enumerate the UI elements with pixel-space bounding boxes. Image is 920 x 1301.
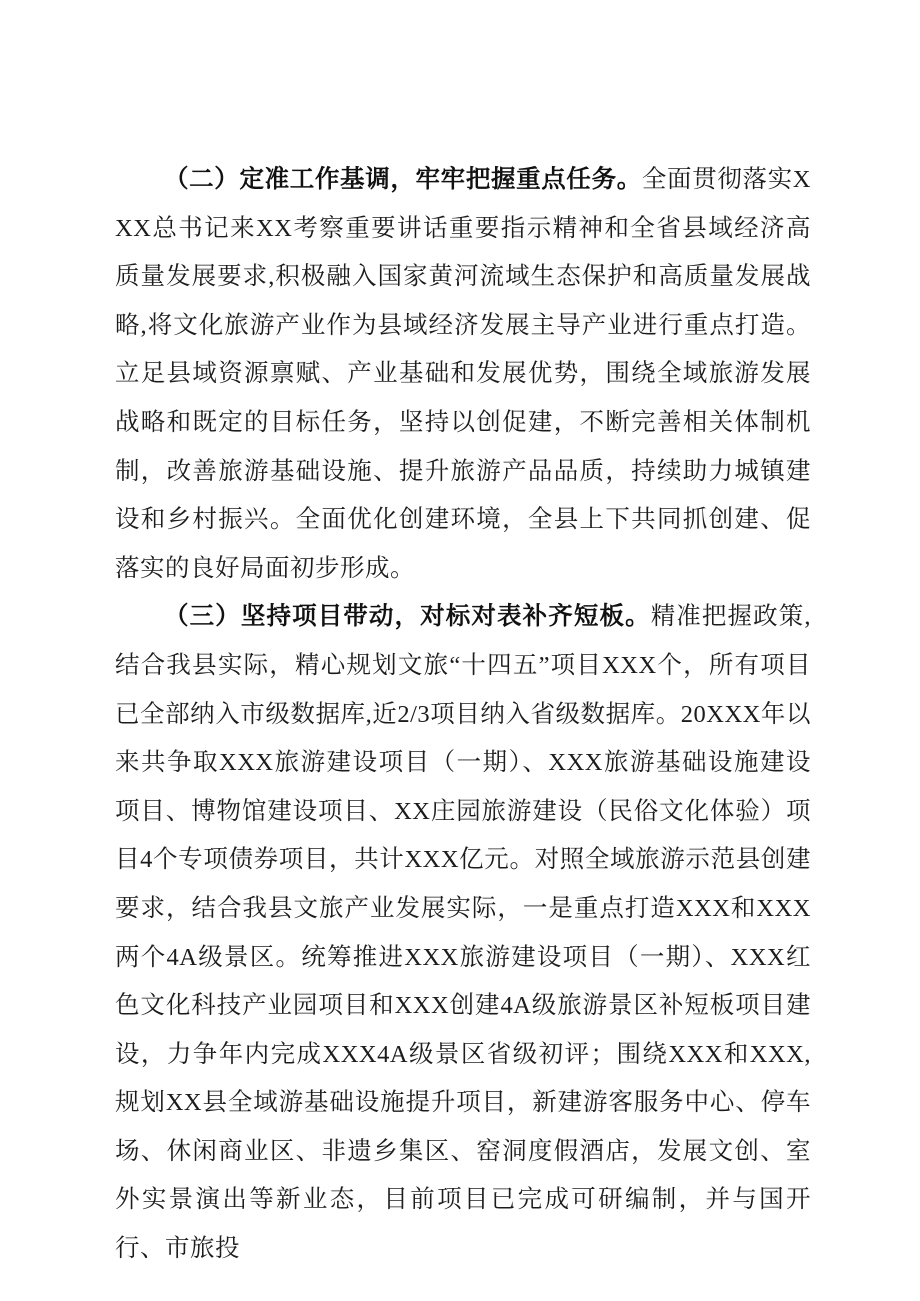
paragraph-3: （三）坚持项目带动，对标对表补齐短板。精准把握政策,结合我县实际，精心规划文旅“… bbox=[115, 593, 811, 1273]
document-page: （二）定准工作基调，牢牢把握重点任务。全面贯彻落实XXX总书记来XX考察重要讲话… bbox=[0, 0, 920, 1301]
paragraph-3-body: 精准把握政策,结合我县实际，精心规划文旅“十四五”项目XXX个，所有项目已全部纳… bbox=[115, 603, 811, 1262]
paragraph-2: （二）定准工作基调，牢牢把握重点任务。全面贯彻落实XXX总书记来XX考察重要讲话… bbox=[115, 156, 811, 593]
paragraph-2-body: 全面贯彻落实XXX总书记来XX考察重要讲话重要指示精神和全省县域经济高质量发展要… bbox=[115, 166, 811, 582]
paragraph-3-heading: （三）坚持项目带动，对标对表补齐短板。 bbox=[164, 603, 651, 630]
paragraph-2-heading: （二）定准工作基调，牢牢把握重点任务。 bbox=[164, 166, 642, 193]
